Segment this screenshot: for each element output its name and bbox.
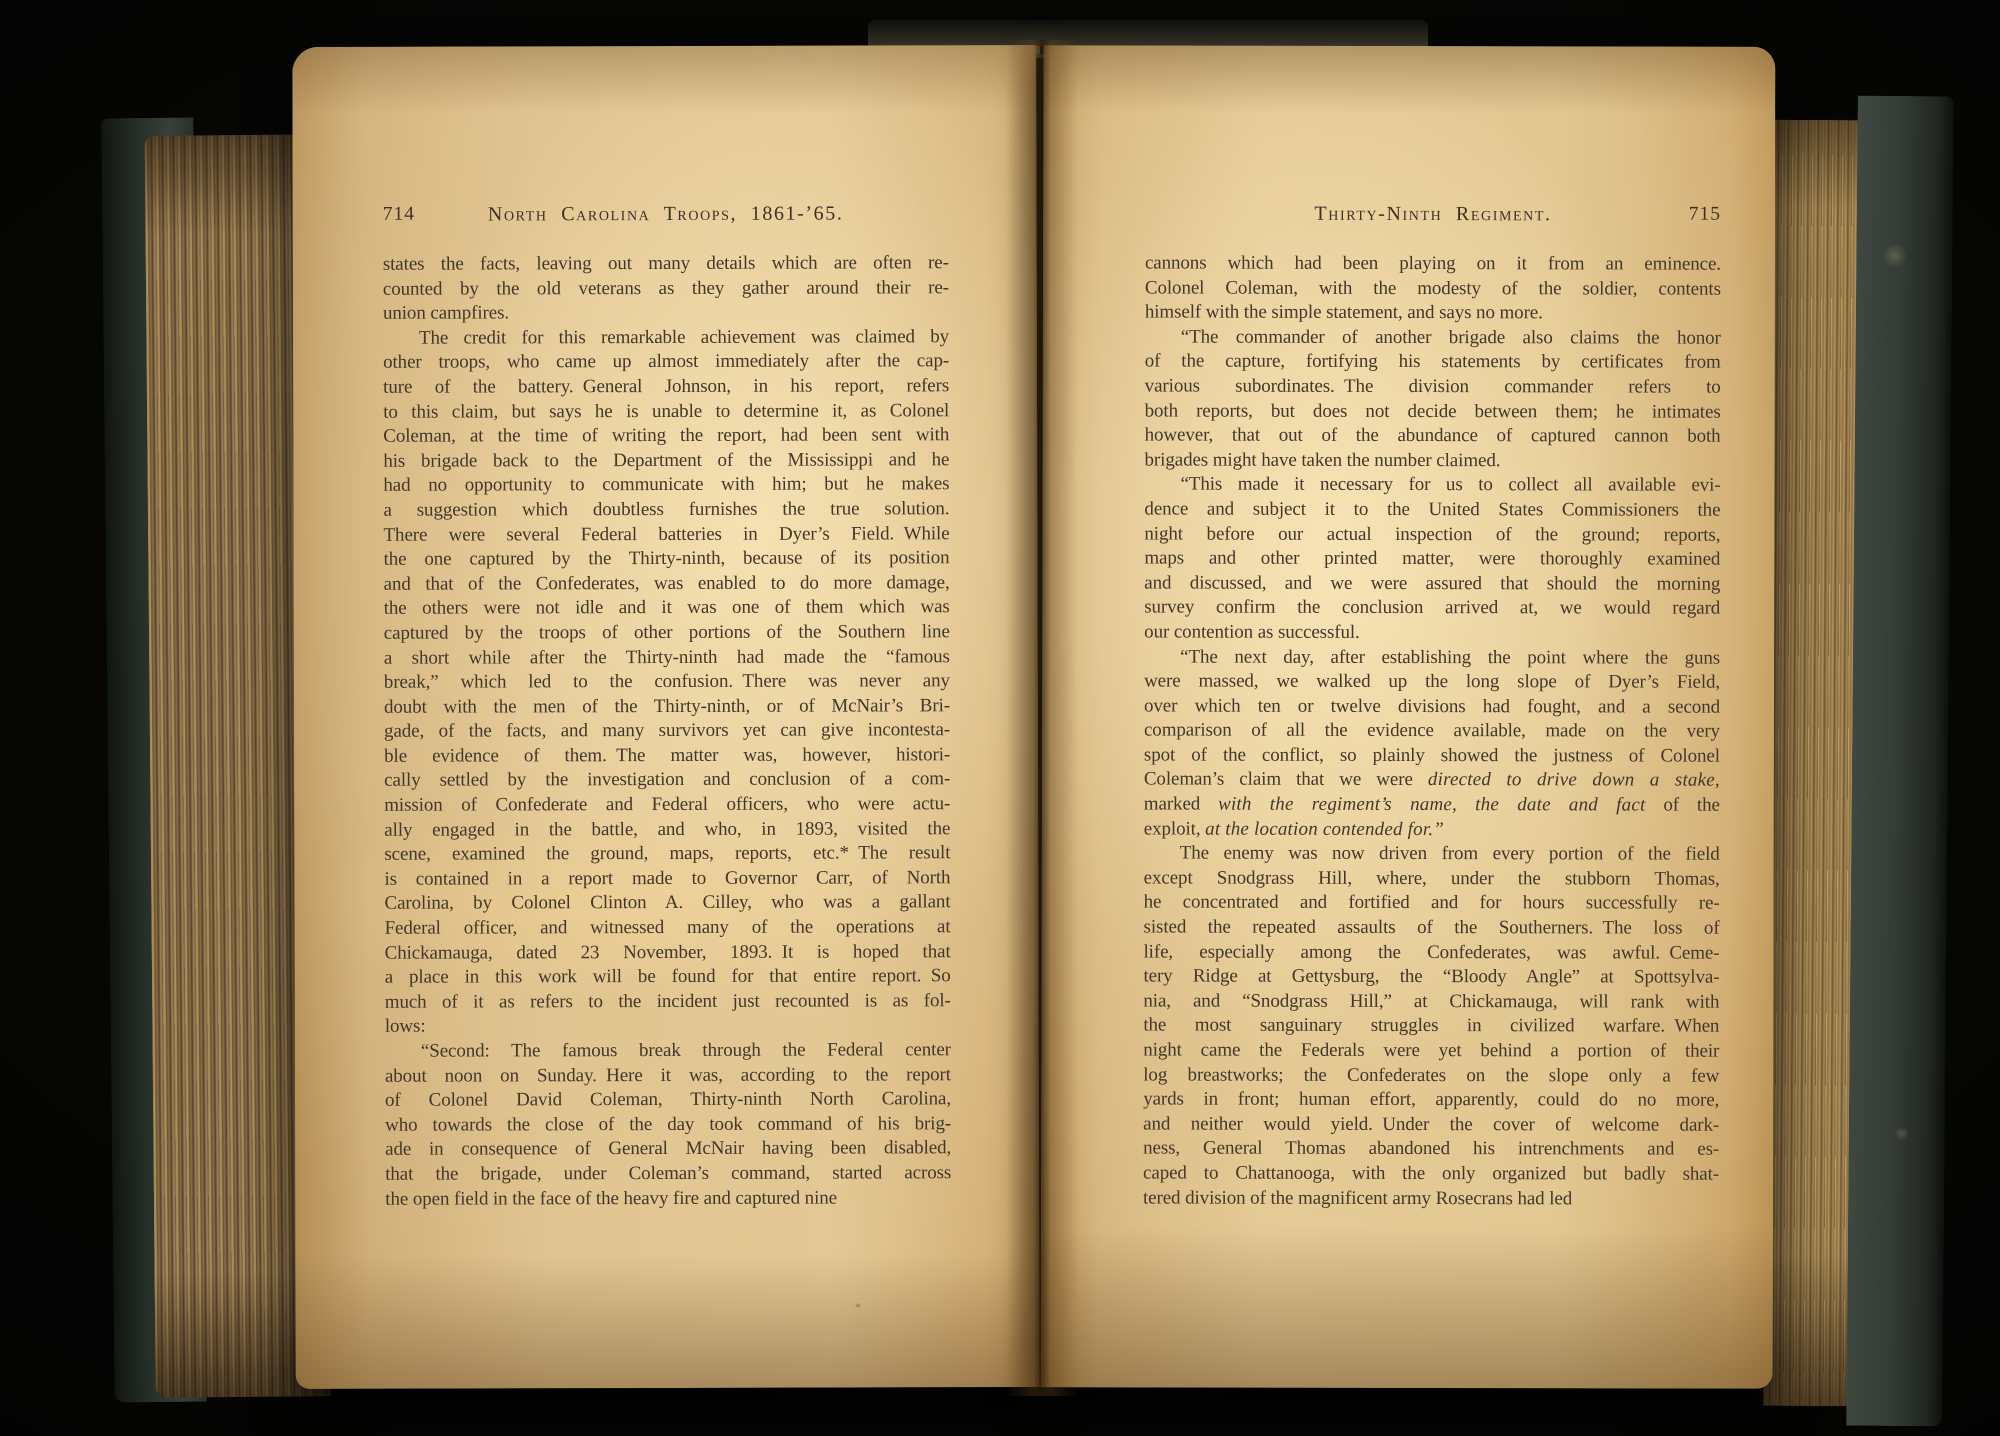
right-page-number: 715: [1689, 204, 1721, 226]
text-line: scene, examined the ground, maps, report…: [384, 842, 950, 868]
text-line: to this claim, but says he is unable to …: [383, 399, 949, 425]
text-line: yards in front; human effort, apparently…: [1143, 1088, 1719, 1114]
text-line: except Snodgrass Hill, where, under the …: [1144, 866, 1720, 892]
text-line: caped to Chattanooga, with the only orga…: [1143, 1161, 1719, 1187]
text-line: ble evidence of them. The matter was, ho…: [384, 743, 950, 769]
text-line: “Second: The famous break through the Fe…: [385, 1038, 951, 1064]
right-page: Thirty-Ninth Regiment. 715 cannons which…: [1041, 45, 1776, 1389]
text-line: both reports, but does not decide betwee…: [1145, 399, 1721, 425]
text-line: dence and subject it to the United State…: [1144, 497, 1720, 523]
text-line: had no opportunity to communicate with h…: [383, 473, 949, 499]
text-line: that the brigade, under Coleman’s comman…: [385, 1161, 951, 1187]
text-line: however, that out of the abundance of ca…: [1145, 424, 1721, 450]
photo-background: 714 North Carolina Troops, 1861-’65. sta…: [0, 0, 2000, 1436]
text-line: he concentrated and fortified and for ho…: [1144, 891, 1720, 917]
text-line: and discussed, and we were assured that …: [1144, 571, 1720, 597]
text-line: a suggestion which doubtless furnishes t…: [383, 497, 949, 523]
text-line: other troops, who came up almost immedia…: [383, 350, 949, 376]
text-line: Colonel Coleman, with the modesty of the…: [1145, 276, 1721, 302]
text-line: Federal officer, and witnessed many of t…: [385, 915, 951, 941]
text-line: who towards the close of the day took co…: [385, 1112, 951, 1138]
text-line: ade in consequence of General McNair hav…: [385, 1137, 951, 1163]
text-line: “This made it necessary for us to collec…: [1144, 473, 1720, 499]
text-line: doubt with the men of the Thirty-ninth, …: [384, 694, 950, 720]
left-text-column: states the facts, leaving out many detai…: [383, 251, 952, 1212]
text-line: Coleman, at the time of writing the repo…: [383, 423, 949, 449]
text-line: Carolina, by Colonel Clinton A. Cilley, …: [384, 891, 950, 917]
text-line: union campfires.: [383, 300, 949, 326]
text-line: of Colonel David Coleman, Thirty-ninth N…: [385, 1087, 951, 1113]
text-line: about noon on Sunday. Here it was, accor…: [385, 1063, 951, 1089]
text-line: Chickamauga, dated 23 November, 1893. It…: [385, 940, 951, 966]
text-line: log breastworks; the Confederates on the…: [1143, 1063, 1719, 1089]
text-line: states the facts, leaving out many detai…: [383, 251, 949, 277]
text-line: “The commander of another brigade also c…: [1145, 325, 1721, 351]
page-speck: [856, 1303, 861, 1307]
text-line: marked with the regiment’s name, the dat…: [1144, 793, 1720, 819]
text-line: were massed, we walked up the long slope…: [1144, 670, 1720, 696]
text-line: the open field in the face of the heavy …: [385, 1186, 951, 1212]
text-line: and that of the Confederates, was enable…: [384, 571, 950, 597]
text-line: much of it as refers to the incident jus…: [385, 989, 951, 1015]
text-line: a short while after the Thirty-ninth had…: [384, 645, 950, 671]
text-line: night came the Federals were yet behind …: [1143, 1038, 1719, 1064]
text-line: the one captured by the Thirty-ninth, be…: [384, 546, 950, 572]
text-line: is contained in a report made to Governo…: [384, 866, 950, 892]
text-line: The credit for this remarkable achieveme…: [383, 325, 949, 351]
text-line: ally engaged in the battle, and who, in …: [384, 817, 950, 843]
text-line: cally settled by the investigation and c…: [384, 768, 950, 794]
right-text-column: cannons which had been playing on it fro…: [1143, 251, 1721, 1211]
text-line: break,” which led to the confusion. Ther…: [384, 669, 950, 695]
text-line: tered division of the magnificent army R…: [1143, 1186, 1719, 1212]
text-line: various subordinates. The division comma…: [1145, 374, 1721, 400]
text-line: Coleman’s claim that we were directed to…: [1144, 768, 1720, 794]
text-line: ness, General Thomas abandoned his intre…: [1143, 1137, 1719, 1163]
text-line: captured by the troops of other portions…: [384, 620, 950, 646]
right-running-head: Thirty-Ninth Regiment. 715: [1145, 202, 1721, 231]
right-cover-edge: [1846, 96, 1954, 1427]
text-line: night before our actual inspection of th…: [1144, 522, 1720, 548]
text-line: the others were not idle and it was one …: [384, 596, 950, 622]
text-line: exploit, at the location contended for.”: [1144, 817, 1720, 843]
text-line: and neither would yield. Under the cover…: [1143, 1112, 1719, 1138]
text-line: a place in this work will be found for t…: [385, 964, 951, 990]
text-line: cannons which had been playing on it fro…: [1145, 251, 1721, 277]
text-line: himself with the simple statement, and s…: [1145, 301, 1721, 327]
text-line: nia, and “Snodgrass Hill,” at Chickamaug…: [1143, 989, 1719, 1015]
text-line: mission of Confederate and Federal offic…: [384, 792, 950, 818]
text-line: sisted the repeated assaults of the Sout…: [1144, 915, 1720, 941]
right-running-title: Thirty-Ninth Regiment.: [1145, 202, 1721, 226]
text-line: the most sanguinary struggles in civiliz…: [1143, 1014, 1719, 1040]
text-line: our contention as successful.: [1144, 620, 1720, 646]
text-line: gade, of the facts, and many survivors y…: [384, 719, 950, 745]
text-line: brigades might have taken the number cla…: [1145, 448, 1721, 474]
text-line: of the capture, fortifying his statement…: [1145, 350, 1721, 376]
text-line: lows:: [385, 1014, 951, 1040]
text-line: survey confirm the conclusion arrived at…: [1144, 596, 1720, 622]
left-running-title: North Carolina Troops, 1861-’65.: [383, 202, 949, 226]
text-line: There were several Federal batteries in …: [383, 522, 949, 548]
text-line: spot of the conflict, so plainly showed …: [1144, 743, 1720, 769]
text-line: The enemy was now driven from every port…: [1144, 842, 1720, 868]
text-line: over which ten or twelve divisions had f…: [1144, 694, 1720, 720]
text-line: counted by the old veterans as they gath…: [383, 276, 949, 302]
left-page-number: 714: [383, 204, 415, 226]
text-line: his brigade back to the Department of th…: [383, 448, 949, 474]
text-line: life, especially among the Confederates,…: [1143, 940, 1719, 966]
text-line: tery Ridge at Gettysburg, the “Bloody An…: [1143, 965, 1719, 991]
text-line: maps and other printed matter, were thor…: [1144, 547, 1720, 573]
text-line: ture of the battery. General Johnson, in…: [383, 374, 949, 400]
text-line: comparison of all the evidence available…: [1144, 719, 1720, 745]
left-page: 714 North Carolina Troops, 1861-’65. sta…: [292, 45, 1040, 1389]
left-running-head: 714 North Carolina Troops, 1861-’65.: [383, 202, 949, 231]
text-line: “The next day, after establishing the po…: [1144, 645, 1720, 671]
